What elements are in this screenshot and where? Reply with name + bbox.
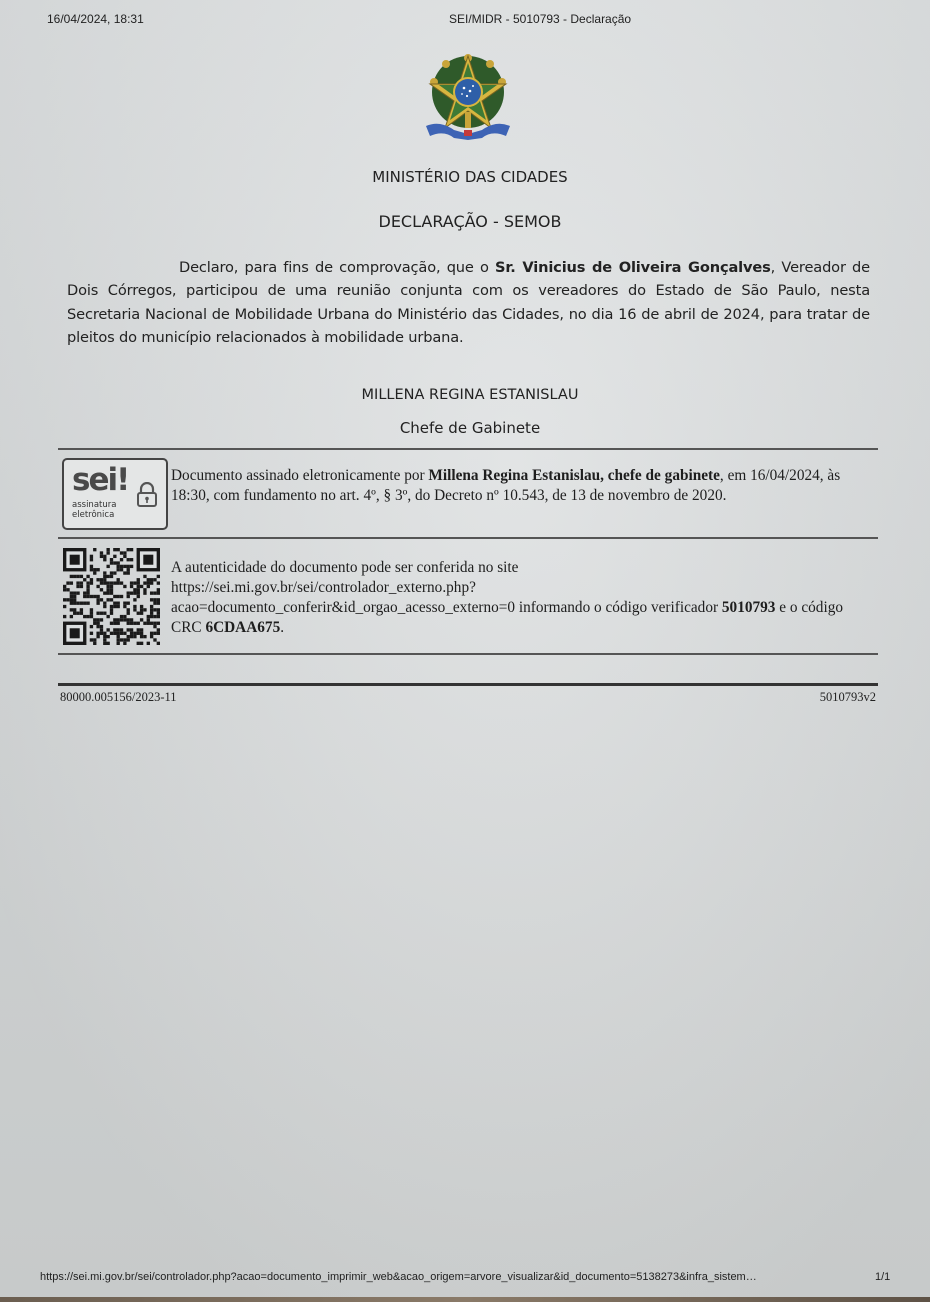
footer-rule bbox=[58, 683, 878, 686]
signature-text-start: Documento assinado eletronicamente por bbox=[171, 467, 428, 484]
signer-name: MILLENA REGINA ESTANISLAU bbox=[5, 387, 930, 403]
signer-role: Chefe de Gabinete bbox=[5, 419, 930, 437]
signature-signer: Millena Regina Estanislau, chefe de gabi… bbox=[428, 467, 720, 484]
declaration-paragraph: Declaro, para fins de comprovação, que o… bbox=[67, 256, 870, 349]
qr-code-icon bbox=[63, 548, 160, 645]
print-url: https://sei.mi.gov.br/sei/controlador.ph… bbox=[40, 1271, 757, 1283]
authenticity-text: A autenticidade do documento pode ser co… bbox=[171, 558, 871, 638]
divider bbox=[58, 653, 878, 655]
page-count: 1/1 bbox=[875, 1271, 890, 1283]
document-version: 5010793v2 bbox=[820, 690, 876, 705]
verification-url[interactable]: https://sei.mi.gov.br/sei/controlador_ex… bbox=[171, 579, 476, 596]
print-title: SEI/MIDR - 5010793 - Declaração bbox=[449, 12, 631, 26]
paper-shading bbox=[0, 0, 930, 1302]
verification-query: acao=documento_conferir&id_orgao_acesso_… bbox=[171, 599, 722, 616]
authenticity-intro: A autenticidade do documento pode ser co… bbox=[171, 559, 518, 576]
table-surface-edge bbox=[0, 1297, 930, 1302]
declaration-text-start: Declaro, para fins de comprovação, que o bbox=[179, 259, 495, 276]
padlock-icon bbox=[136, 482, 158, 508]
declared-person-name: Sr. Vinicius de Oliveira Gonçalves bbox=[495, 259, 771, 276]
divider bbox=[58, 448, 878, 450]
process-number: 80000.005156/2023-11 bbox=[60, 690, 177, 705]
electronic-signature-text: Documento assinado eletronicamente por M… bbox=[171, 466, 871, 506]
print-datetime: 16/04/2024, 18:31 bbox=[47, 12, 144, 26]
sei-badge-caption: assinaturaeletrônica bbox=[72, 501, 116, 520]
ministry-name: MINISTÉRIO DAS CIDADES bbox=[5, 168, 930, 186]
badge-line-2: eletrônica bbox=[72, 510, 114, 520]
brazil-coat-of-arms-icon bbox=[420, 50, 516, 142]
verifier-code: 5010793 bbox=[722, 599, 776, 616]
document-title: DECLARAÇÃO - SEMOB bbox=[5, 212, 930, 231]
sei-signature-badge: sei! assinaturaeletrônica bbox=[62, 458, 168, 530]
sei-logo: sei! bbox=[72, 462, 128, 498]
crc-code: 6CDAA675 bbox=[205, 619, 280, 636]
authenticity-end: . bbox=[280, 619, 284, 636]
badge-line-1: assinatura bbox=[72, 500, 116, 510]
divider bbox=[58, 537, 878, 539]
